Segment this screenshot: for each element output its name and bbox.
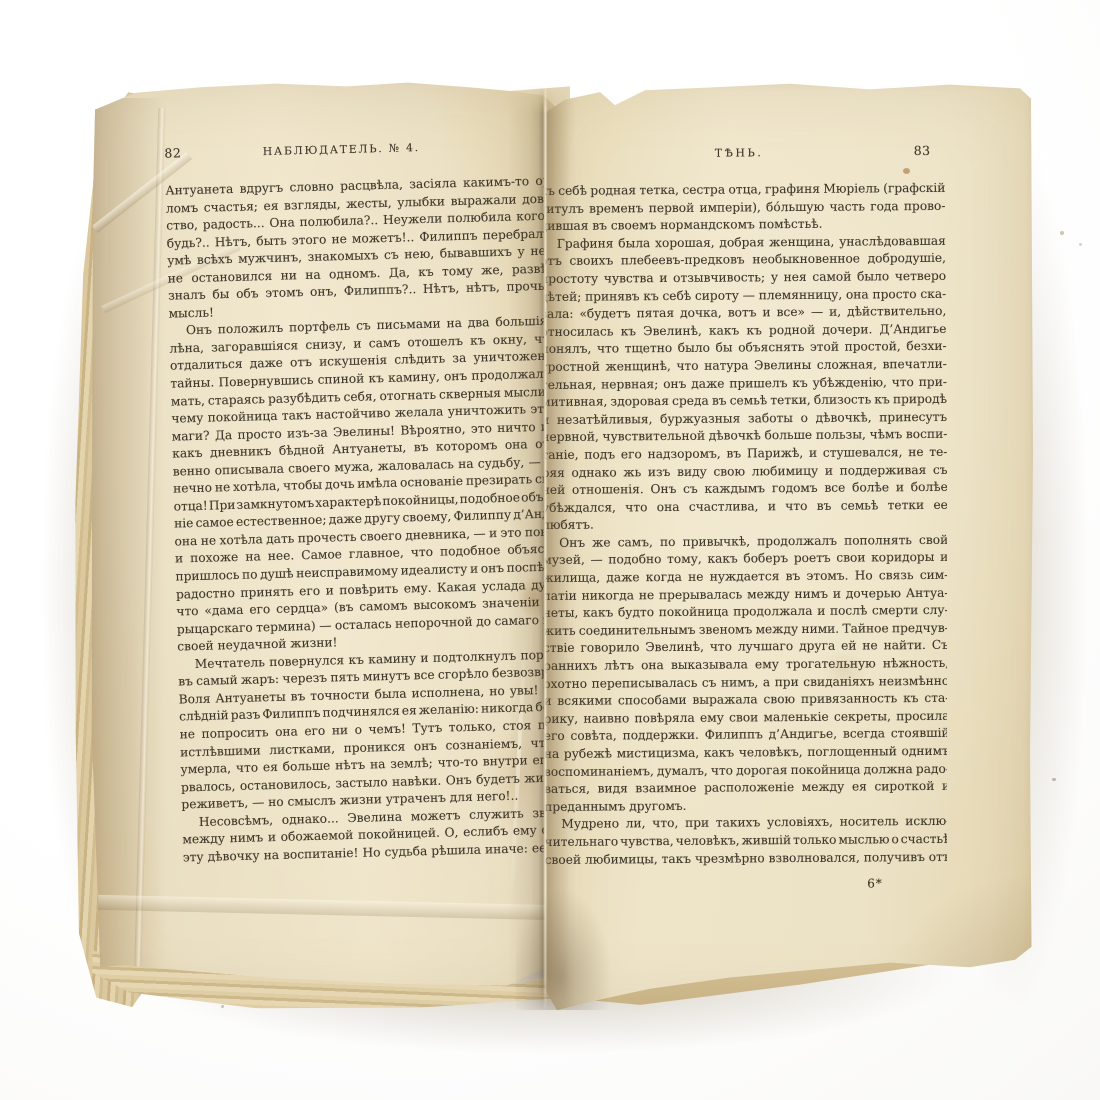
left-page-body: Антуанетавдругъсловнорасцвѣла,засіялакак… xyxy=(165,173,544,868)
page-number: 83 xyxy=(899,143,945,158)
running-header: ТѢНЬ. xyxy=(579,145,899,161)
left-running-head: 82 НАБЛЮДАТЕЛЬ. № 4. xyxy=(164,138,544,164)
signature-mark: 6* xyxy=(545,876,947,893)
running-header: НАБЛЮДАТЕЛЬ. № 4. xyxy=(198,139,484,159)
text-line: своейлюбимицы,такъчрезмѣрновзволновался,… xyxy=(545,849,947,870)
dust-speck xyxy=(221,1005,224,1008)
right-page-text-area: ТѢНЬ. 83 късебѣроднаятетка,сестраотца,гр… xyxy=(545,138,947,938)
dust-speck xyxy=(1052,778,1056,781)
left-page-text-area: 82 НАБЛЮДАТЕЛЬ. № 4. Антуанетавдругъслов… xyxy=(152,138,544,900)
page-number: 82 xyxy=(164,145,198,161)
dust-speck xyxy=(1060,231,1064,235)
dust-speck xyxy=(1079,243,1082,246)
right-page-body: късебѣроднаятетка,сестраотца,графиняМюрі… xyxy=(545,181,947,870)
book-photo: 82 НАБЛЮДАТЕЛЬ. № 4. Антуанетавдругъслов… xyxy=(0,0,1100,1100)
right-running-head: ТѢНЬ. 83 xyxy=(545,143,945,164)
header-spacer xyxy=(484,147,544,149)
